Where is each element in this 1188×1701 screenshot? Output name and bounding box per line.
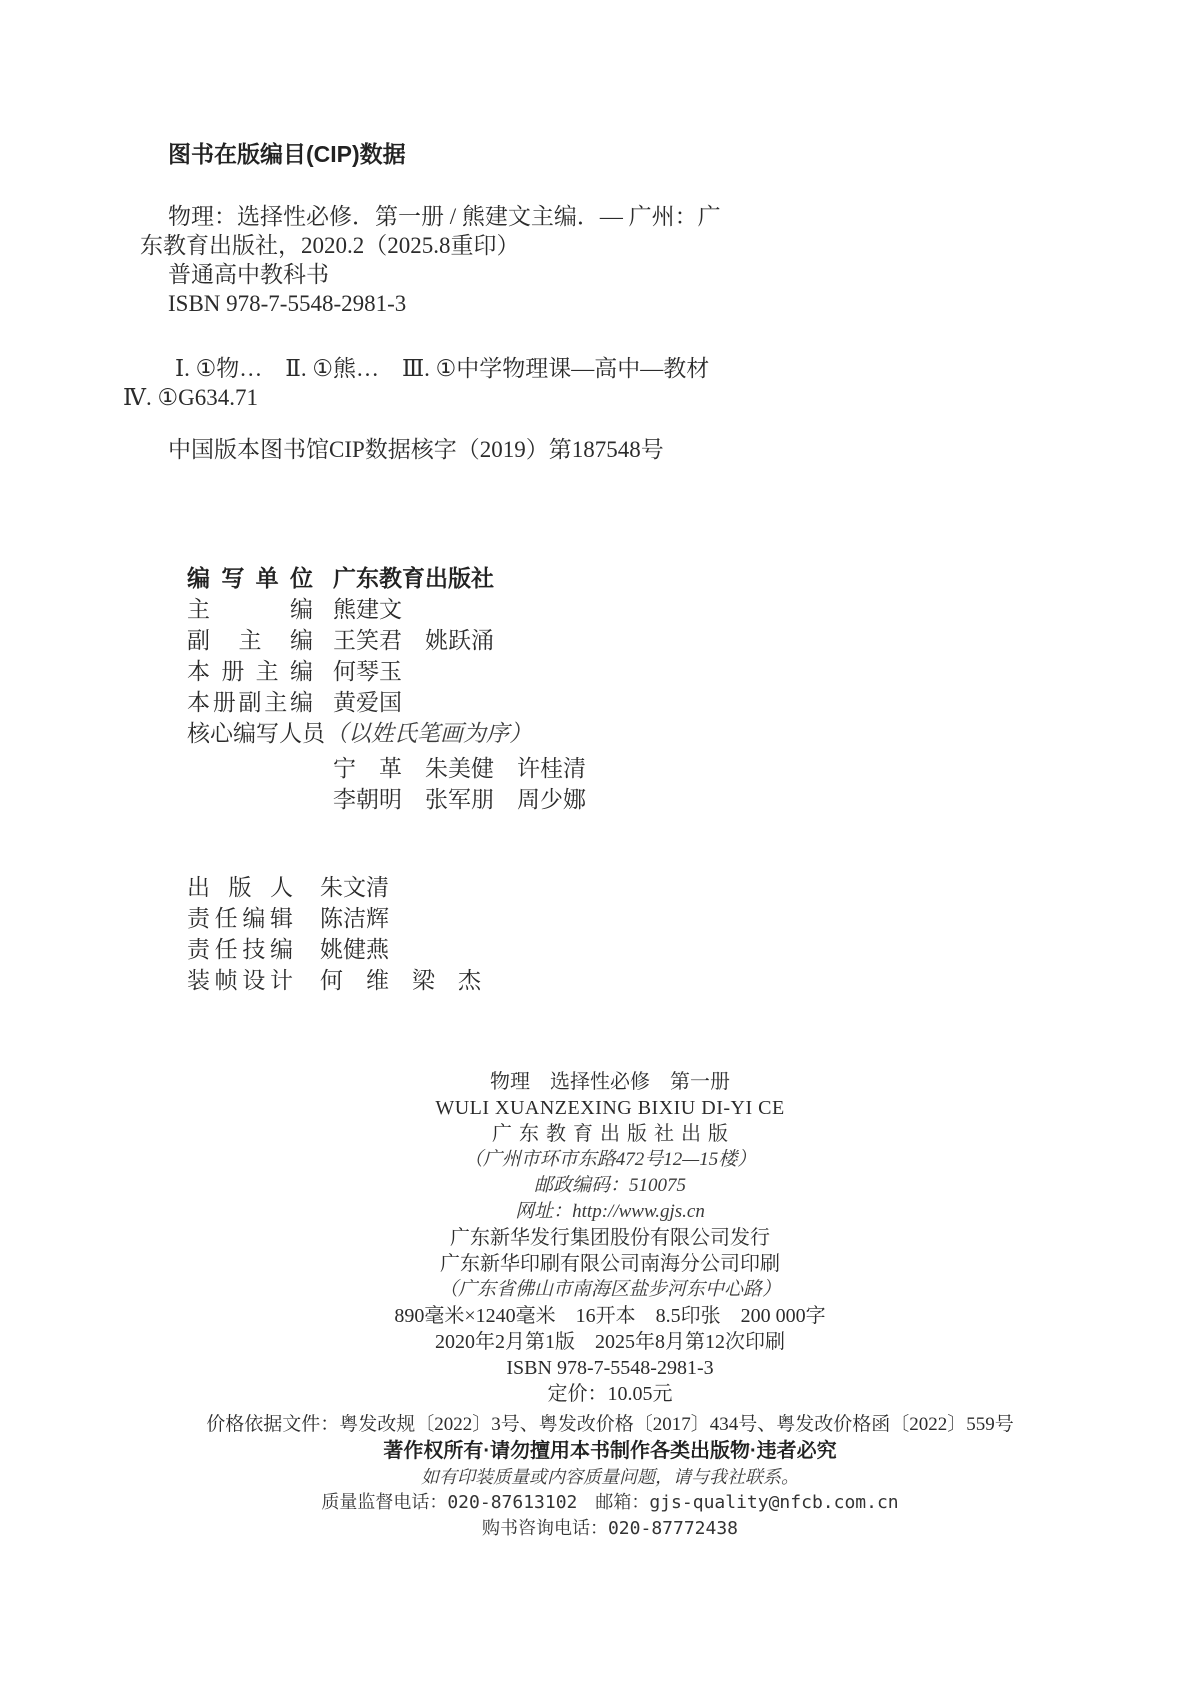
role-label: 责任技编 [187, 934, 293, 965]
editor-row-deputy: 副主编 王笑君 姚跃涌 [187, 625, 586, 656]
price-line: 定价：10.05元 [30, 1381, 1188, 1407]
copyright-notice: 著作权所有·请勿擅用本书制作各类出版物·违者必究 [30, 1438, 1188, 1464]
editors-block: 编写单位 广东教育出版社 主编 熊建文 副主编 王笑君 姚跃涌 本册主编 何琴玉… [187, 563, 586, 815]
format-line: 890毫米×1240毫米 16开本 8.5印张 200 000字 [30, 1303, 1188, 1329]
cip-isbn: ISBN 978-7-5548-2981-3 [168, 289, 721, 318]
cip-entry-line-2: 东教育出版社，2020.2（2025.8重印） [140, 231, 721, 260]
role-value: 朱文清 [320, 872, 389, 903]
role-label: 装帧设计 [187, 965, 293, 996]
staff-block: 出版人 朱文清 责任编辑 陈洁辉 责任技编 姚健燕 装帧设计 何 维 梁 杰 [187, 872, 481, 996]
publisher-line: 广东教育出版社出版 [30, 1121, 1188, 1147]
cip-classification-line-1: Ⅰ. ①物… Ⅱ. ①熊… Ⅲ. ①中学物理课—高中—教材 [175, 354, 721, 383]
role-label: 责任编辑 [187, 903, 293, 934]
copyright-page: 图书在版编目(CIP)数据 物理：选择性必修．第一册 / 熊建文主编．— 广州：… [0, 0, 1188, 1701]
website-line: 网址：http://www.gjs.cn [30, 1199, 1188, 1225]
role-value: 王笑君 姚跃涌 [333, 625, 494, 656]
core-team-note: （以姓氏笔画为序） [325, 721, 532, 746]
cip-header: 图书在版编目(CIP)数据 [168, 140, 721, 169]
purchase-hotline: 购书咨询电话：020-87772438 [30, 1516, 1188, 1542]
staff-row-designer: 装帧设计 何 维 梁 杰 [187, 965, 481, 996]
book-title-cn: 物理 选择性必修 第一册 [30, 1069, 1188, 1095]
core-team-label: 核心编写人员 [187, 721, 325, 746]
role-value: 姚健燕 [320, 934, 389, 965]
staff-row-publisher-person: 出版人 朱文清 [187, 872, 481, 903]
quality-note: 如有印装质量或内容质量问题，请与我社联系。 [30, 1464, 1188, 1490]
price-docs-line: 价格依据文件：粤发改规〔2022〕3号、粤发改价格〔2017〕434号、粤发改价… [30, 1412, 1188, 1438]
publisher-address: （广州市环市东路472号12—15楼） [30, 1147, 1188, 1173]
book-title-pinyin: WULI XUANZEXING BIXIU DI-YI CE [30, 1095, 1188, 1121]
role-label: 副主编 [187, 625, 313, 656]
cip-record-number: 中国版本图书馆CIP数据核字（2019）第187548号 [168, 435, 721, 464]
role-label: 本册主编 [187, 656, 313, 687]
staff-row-tech-editor: 责任技编 姚健燕 [187, 934, 481, 965]
role-label: 编写单位 [187, 563, 313, 594]
staff-row-editor: 责任编辑 陈洁辉 [187, 903, 481, 934]
edition-line: 2020年2月第1版 2025年8月第12次印刷 [30, 1329, 1188, 1355]
cip-series: 普通高中教科书 [168, 260, 721, 289]
postcode-line: 邮政编码：510075 [30, 1173, 1188, 1199]
printer-address: （广东省佛山市南海区盐步河东中心路） [30, 1277, 1188, 1303]
editor-row-unit: 编写单位 广东教育出版社 [187, 563, 586, 594]
editor-row-chief: 主编 熊建文 [187, 594, 586, 625]
cip-entry-line-1: 物理：选择性必修．第一册 / 熊建文主编．— 广州：广 [168, 202, 721, 231]
core-members-line-1: 宁 革 朱美健 许桂清 [333, 753, 586, 784]
quality-contact: 质量监督电话：020-87613102 邮箱：gjs-quality@nfcb.… [30, 1490, 1188, 1516]
core-team-header: 核心编写人员（以姓氏笔画为序） [187, 718, 586, 749]
colophon-isbn: ISBN 978-7-5548-2981-3 [30, 1355, 1188, 1381]
role-value: 陈洁辉 [320, 903, 389, 934]
printer-line: 广东新华印刷有限公司南海分公司印刷 [30, 1251, 1188, 1277]
distributor-line: 广东新华发行集团股份有限公司发行 [30, 1225, 1188, 1251]
core-members-line-2: 李朝明 张军朋 周少娜 [333, 784, 586, 815]
role-value: 何 维 梁 杰 [320, 965, 481, 996]
editor-row-volume-chief: 本册主编 何琴玉 [187, 656, 586, 687]
role-label: 主编 [187, 594, 313, 625]
role-value: 广东教育出版社 [333, 563, 494, 594]
role-label: 本册副主编 [187, 687, 313, 718]
colophon-block: 物理 选择性必修 第一册 WULI XUANZEXING BIXIU DI-YI… [30, 1069, 1188, 1542]
role-value: 熊建文 [333, 594, 402, 625]
cip-classification-line-2: Ⅳ. ①G634.71 [123, 383, 721, 412]
role-value: 黄爱国 [333, 687, 402, 718]
cip-block: 图书在版编目(CIP)数据 物理：选择性必修．第一册 / 熊建文主编．— 广州：… [123, 140, 721, 464]
role-label: 出版人 [187, 872, 293, 903]
editor-row-volume-deputy: 本册副主编 黄爱国 [187, 687, 586, 718]
role-value: 何琴玉 [333, 656, 402, 687]
